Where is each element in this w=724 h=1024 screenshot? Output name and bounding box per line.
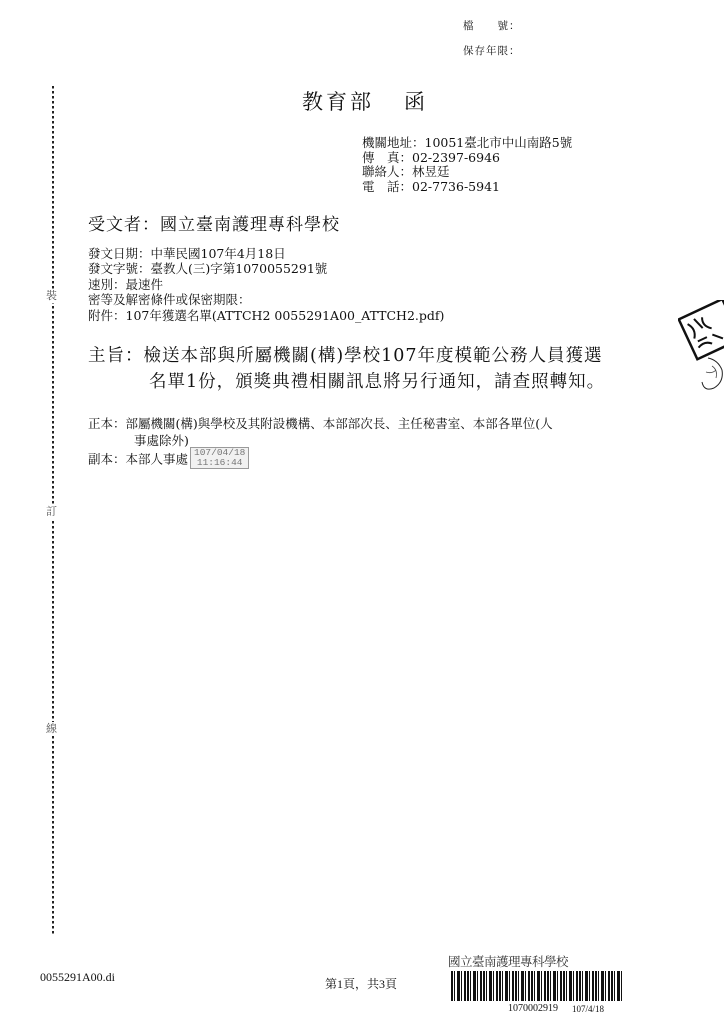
electronic-timestamp: 107/04/1811:16:44 (190, 447, 249, 469)
copy-recipients-label: 副本： (88, 452, 126, 467)
barcode-organization: 國立臺南護理專科學校 (448, 952, 568, 970)
contact-block: 機關地址：10051臺北市中山南路5號 傳 真：02-2397-6946 聯絡人… (362, 136, 572, 194)
attachment-link[interactable]: 附件：107年獲選名單(ATTCH2 0055291A00_ATTCH2.pdf… (88, 308, 444, 323)
subject: 主旨：檢送本部與所屬機關(構)學校107年度模範公務人員獲選 名單1份，頒獎典禮… (88, 343, 648, 395)
agency-address: 機關地址：10051臺北市中山南路5號 (362, 136, 572, 151)
barcode-number: 1070002919 (508, 1003, 558, 1014)
phone-number: 電 話：02-7736-5941 (362, 180, 572, 195)
distribution: 正本：部屬機關(構)與學校及其附設機構、本部部次長、主任秘書室、本部各單位(人 … (88, 415, 648, 471)
archive-number-label: 檔 號： (463, 18, 521, 33)
document-meta: 發文日期：中華民國107年4月18日 發文字號：臺教人(三)字第10700552… (88, 246, 444, 323)
document-number: 發文字號：臺教人(三)字第1070055291號 (88, 261, 444, 276)
primary-recipients-label: 正本： (88, 416, 126, 431)
footer-page-info: 第1頁，共3頁 (325, 975, 397, 992)
stamp-time: 11:16:44 (194, 458, 245, 468)
retention-period-label: 保存年限： (463, 43, 521, 58)
agency-name: 教育部 (302, 90, 374, 114)
official-seal-icon (678, 300, 724, 395)
footer-file-name: 0055291A00.di (40, 970, 115, 985)
subject-label: 主旨： (88, 346, 144, 366)
binding-char-xian: 線 (46, 722, 57, 736)
delivery-speed: 速別：最速件 (88, 277, 444, 292)
barcode-date: 107/4/18 (572, 1004, 604, 1014)
subject-line-2: 名單1份，頒獎典禮相關訊息將另行通知，請查照轉知。 (88, 369, 648, 395)
primary-recipients-line-1: 部屬機關(構)與學校及其附設機構、本部部次長、主任秘書室、本部各單位(人 (126, 416, 553, 431)
contact-person: 聯絡人：林昱廷 (362, 165, 572, 180)
document-title: 教育部函 (302, 86, 428, 116)
fax-number: 傳 真：02-2397-6946 (362, 151, 572, 166)
primary-recipients-line-2: 事處除外) (88, 432, 648, 449)
issue-date: 發文日期：中華民國107年4月18日 (88, 246, 444, 261)
recipient: 受文者：國立臺南護理專科學校 (88, 210, 340, 235)
copy-recipients: 本部人事處 (126, 452, 189, 467)
classification: 密等及解密條件或保密期限： (88, 292, 444, 307)
binding-char-zhuang: 裝 (46, 289, 57, 303)
binding-char-ding: 訂 (46, 505, 57, 519)
subject-line-1: 檢送本部與所屬機關(構)學校107年度模範公務人員獲選 (144, 346, 603, 366)
document-type: 函 (404, 90, 428, 114)
barcode-icon (451, 971, 623, 1001)
